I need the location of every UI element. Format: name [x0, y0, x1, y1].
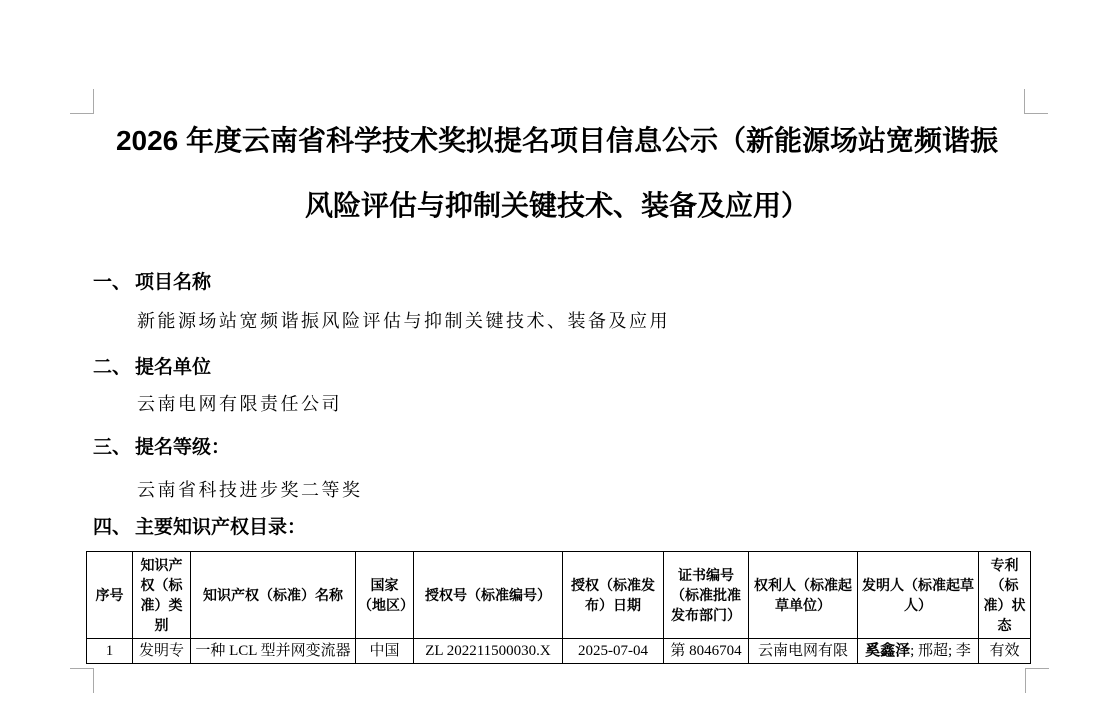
cell-ip-name: 一种 LCL 型并网变流器: [191, 639, 356, 664]
crop-mark-bottom-left: [70, 668, 94, 693]
cell-status: 有效: [979, 639, 1031, 664]
section-heading-ip-catalog: 四、主要知识产权目录：: [93, 516, 306, 540]
cell-grant-number: ZL 202211500030.X: [414, 639, 563, 664]
header-country: 国家（地区）: [356, 552, 414, 639]
section-number: 四、: [93, 516, 135, 540]
cell-seq: 1: [87, 639, 133, 664]
cell-cert-number: 第 8046704: [664, 639, 749, 664]
header-status: 专利（标准）状态: [979, 552, 1031, 639]
cell-inventor-primary: 奚鑫泽: [865, 643, 910, 659]
crop-mark-top-right: [1024, 89, 1048, 114]
cell-inventors: 奚鑫泽; 邢超; 李: [858, 639, 979, 664]
header-ip-name: 知识产权（标准）名称: [191, 552, 356, 639]
section-heading-label: 提名单位: [135, 357, 211, 378]
cell-grant-date: 2025-07-04: [563, 639, 664, 664]
header-cert-number: 证书编号（标准批准发布部门）: [664, 552, 749, 639]
section-body-nomination-level: 云南省科技进步奖二等奖: [137, 478, 363, 502]
document-title-line1: 2026 年度云南省科学技术奖拟提名项目信息公示（新能源场站宽频谐振: [90, 124, 1024, 158]
document-title-line2: 风险评估与抑制关键技术、装备及应用）: [90, 189, 1024, 223]
ip-table-header-row: 序号 知识产权（标准）类别 知识产权（标准）名称 国家（地区） 授权号（标准编号…: [87, 552, 1031, 639]
section-heading-label: 项目名称: [135, 272, 211, 293]
section-body-nominating-unit: 云南电网有限责任公司: [137, 392, 342, 416]
crop-mark-top-left: [70, 89, 94, 114]
ip-table-row: 1 发明专 一种 LCL 型并网变流器 中国 ZL 202211500030.X…: [87, 639, 1031, 664]
cell-ip-type: 发明专: [133, 639, 191, 664]
document-page: 2026 年度云南省科学技术奖拟提名项目信息公示（新能源场站宽频谐振 风险评估与…: [0, 0, 1117, 721]
header-grant-date: 授权（标准发布）日期: [563, 552, 664, 639]
document-title: 2026 年度云南省科学技术奖拟提名项目信息公示（新能源场站宽频谐振 风险评估与…: [90, 124, 1024, 223]
section-body-project-name: 新能源场站宽频谐振风险评估与抑制关键技术、装备及应用: [137, 309, 670, 333]
section-number: 一、: [93, 271, 135, 295]
section-heading-label: 提名等级：: [135, 437, 230, 458]
header-right-holder: 权利人（标准起草单位）: [749, 552, 858, 639]
section-heading-project-name: 一、项目名称: [93, 271, 211, 295]
cell-inventor-rest: ; 邢超; 李: [910, 643, 971, 659]
header-seq: 序号: [87, 552, 133, 639]
section-number: 二、: [93, 356, 135, 380]
section-heading-nominating-unit: 二、提名单位: [93, 356, 211, 380]
header-inventors: 发明人（标准起草人）: [858, 552, 979, 639]
ip-table: 序号 知识产权（标准）类别 知识产权（标准）名称 国家（地区） 授权号（标准编号…: [86, 551, 1031, 664]
crop-mark-bottom-right: [1025, 668, 1049, 693]
section-heading-nomination-level: 三、提名等级：: [93, 436, 230, 460]
header-grant-number: 授权号（标准编号）: [414, 552, 563, 639]
header-ip-type: 知识产权（标准）类别: [133, 552, 191, 639]
section-number: 三、: [93, 436, 135, 460]
cell-country: 中国: [356, 639, 414, 664]
cell-right-holder: 云南电网有限: [749, 639, 858, 664]
section-heading-label: 主要知识产权目录：: [135, 517, 306, 538]
